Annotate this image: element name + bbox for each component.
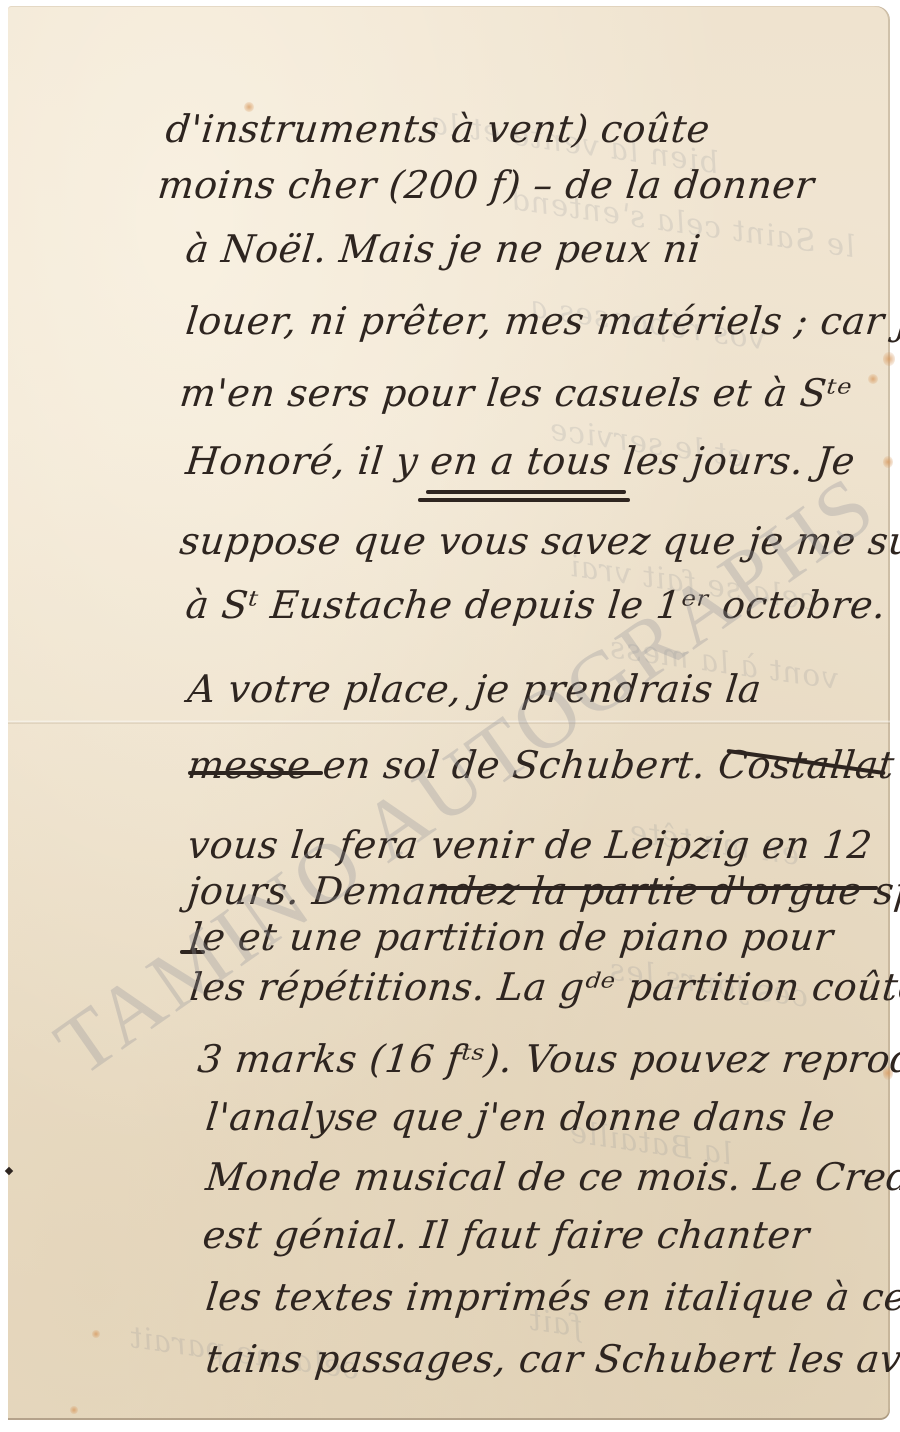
letter-line-4: louer, ni prêter, mes matériels ; car je <box>184 302 900 340</box>
underline-le <box>180 950 205 954</box>
letter-line-14: les répétitions. La gᵈᵉ partition coûte <box>188 968 900 1006</box>
underline-messe-en-sol <box>188 771 323 775</box>
letter-line-8: à Sᵗ Eustache depuis le 1ᵉʳ octobre. <box>184 586 888 624</box>
letter-line-15: 3 marks (16 fᵗˢ). Vous pouvez reproduire <box>196 1040 900 1078</box>
letter-line-16: l'analyse que j'en donne dans le <box>204 1098 837 1136</box>
letter-line-3: à Noël. Mais je ne peux ni <box>184 230 703 268</box>
letter-line-18: est génial. Il faut faire chanter <box>201 1216 811 1254</box>
letter-line-12: jours. Demandez la partie d'orgue spécia… <box>186 872 900 910</box>
letter-line-1: d'instruments à vent) coûte <box>164 110 712 148</box>
letter-line-19: les textes imprimés en italique à cer- <box>204 1278 900 1316</box>
letter-line-6: Honoré, il y en a tous les jours. Je <box>184 442 857 480</box>
letter-line-17: Monde musical de ce mois. Le Credo <box>204 1158 900 1196</box>
letter-line-10: messe en sol de Schubert. Costallat <box>186 746 896 784</box>
margin-ink-mark <box>5 1167 13 1175</box>
foxing-spot <box>70 1406 78 1414</box>
letter-line-2: moins cher (200 f) – de la donner <box>156 166 816 204</box>
show-through-ink: bien la vente et la le Saint cela s'ente… <box>8 6 890 1420</box>
foxing-spot <box>883 456 893 468</box>
underline-tous-les-jours <box>426 490 626 494</box>
foxing-spot <box>868 374 878 384</box>
fold-crease <box>8 720 890 724</box>
letter-line-7: suppose que vous savez que je me suis <box>178 522 900 560</box>
underline-partie-dorgue <box>433 886 878 890</box>
foxing-spot <box>92 1330 100 1338</box>
letter-line-13: le et une partition de piano pour <box>188 918 835 956</box>
letter-line-11: vous la fera venir de Leipzig en 12 <box>186 826 874 864</box>
letter-line-9: A votre place, je prendrais la <box>186 670 763 708</box>
letter-page: bien la vente et la le Saint cela s'ente… <box>8 6 890 1420</box>
foxing-spot <box>883 352 895 366</box>
letter-line-5: m'en sers pour les casuels et à Sᵗᵉ <box>178 374 854 412</box>
letter-line-20: tains passages, car Schubert les avait <box>204 1340 900 1378</box>
underline-tous-les-jours-double <box>418 498 630 502</box>
